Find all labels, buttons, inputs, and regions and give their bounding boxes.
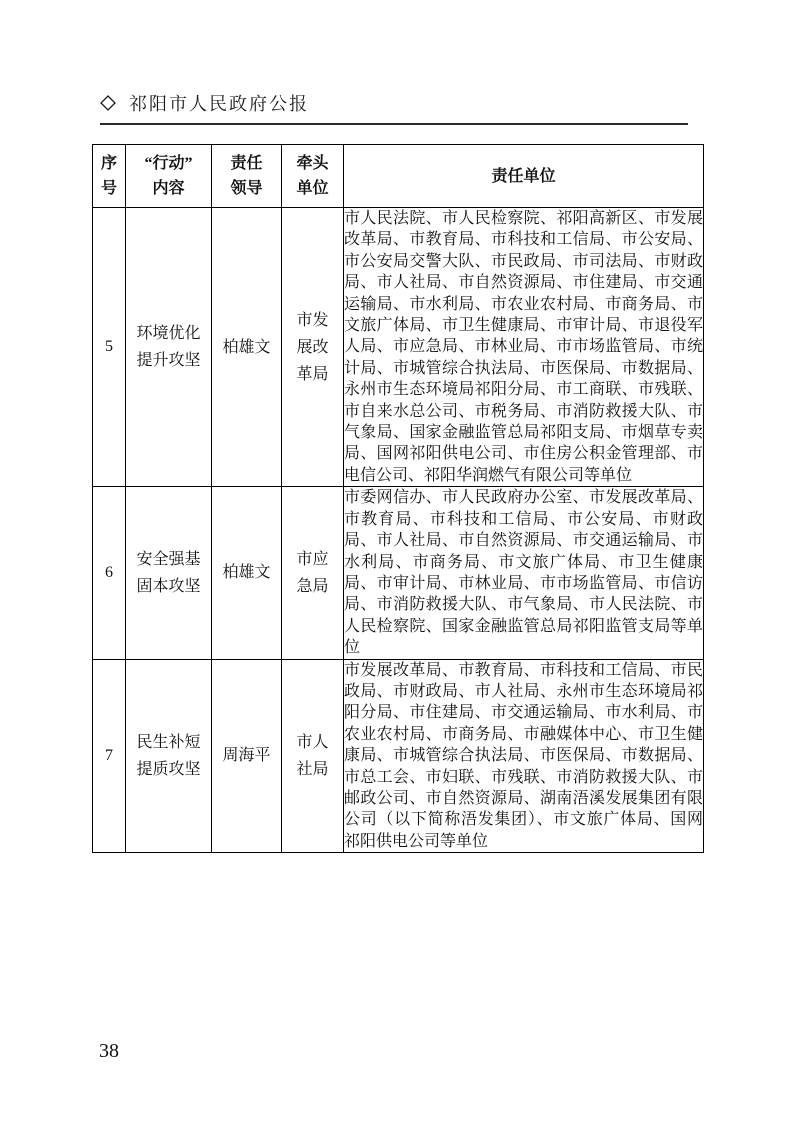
- resp-units: 市人民法院、市人民检察院、祁阳高新区、市发展改革局、市教育局、市科技和工信局、市…: [344, 208, 704, 487]
- resp-leader: 柏雄文: [212, 487, 282, 659]
- gazette-page: 祁阳市人民政府公报 序 号 “行动” 内容 责任 领导 牵头 单位 责任单位 5…: [0, 0, 793, 1122]
- page-number: 38: [99, 1040, 119, 1063]
- col-header-index: 序 号: [93, 145, 126, 208]
- diamond-outline-icon: [100, 95, 116, 111]
- lead-unit-text: 市发展改革局: [297, 307, 329, 388]
- lead-unit: 市人社局: [282, 659, 344, 853]
- action-content: 安全强基固本攻坚: [126, 487, 212, 659]
- lead-unit-text: 市应急局: [297, 546, 329, 600]
- row-index: 6: [93, 487, 126, 659]
- action-content-text: 安全强基固本攻坚: [137, 546, 201, 600]
- running-head: 祁阳市人民政府公报: [100, 90, 688, 125]
- resp-leader: 周海平: [212, 659, 282, 853]
- lead-unit: 市发展改革局: [282, 208, 344, 487]
- gazette-title: 祁阳市人民政府公报: [129, 90, 309, 116]
- table-row: 5 环境优化提升攻坚 柏雄文 市发展改革局 市人民法院、市人民检察院、祁阳高新区…: [93, 208, 704, 487]
- resp-units: 市发展改革局、市教育局、市科技和工信局、市民政局、市财政局、市人社局、永州市生态…: [344, 659, 704, 853]
- row-index: 5: [93, 208, 126, 487]
- col-header-resp-units: 责任单位: [344, 145, 704, 208]
- resp-leader: 柏雄文: [212, 208, 282, 487]
- lead-unit-text: 市人社局: [297, 729, 329, 783]
- action-responsibility-table: 序 号 “行动” 内容 责任 领导 牵头 单位 责任单位 5 环境优化提升攻坚 …: [92, 144, 704, 853]
- table-row: 6 安全强基固本攻坚 柏雄文 市应急局 市委网信办、市人民政府办公室、市发展改革…: [93, 487, 704, 659]
- resp-units: 市委网信办、市人民政府办公室、市发展改革局、市教育局、市科技和工信局、市公安局、…: [344, 487, 704, 659]
- action-content: 环境优化提升攻坚: [126, 208, 212, 487]
- action-content: 民生补短提质攻坚: [126, 659, 212, 853]
- col-header-action: “行动” 内容: [126, 145, 212, 208]
- table-header-row: 序 号 “行动” 内容 责任 领导 牵头 单位 责任单位: [93, 145, 704, 208]
- action-content-text: 民生补短提质攻坚: [137, 729, 201, 783]
- row-index: 7: [93, 659, 126, 853]
- col-header-lead-unit: 牵头 单位: [282, 145, 344, 208]
- col-header-leader: 责任 领导: [212, 145, 282, 208]
- lead-unit: 市应急局: [282, 487, 344, 659]
- action-content-text: 环境优化提升攻坚: [137, 320, 201, 374]
- table-row: 7 民生补短提质攻坚 周海平 市人社局 市发展改革局、市教育局、市科技和工信局、…: [93, 659, 704, 853]
